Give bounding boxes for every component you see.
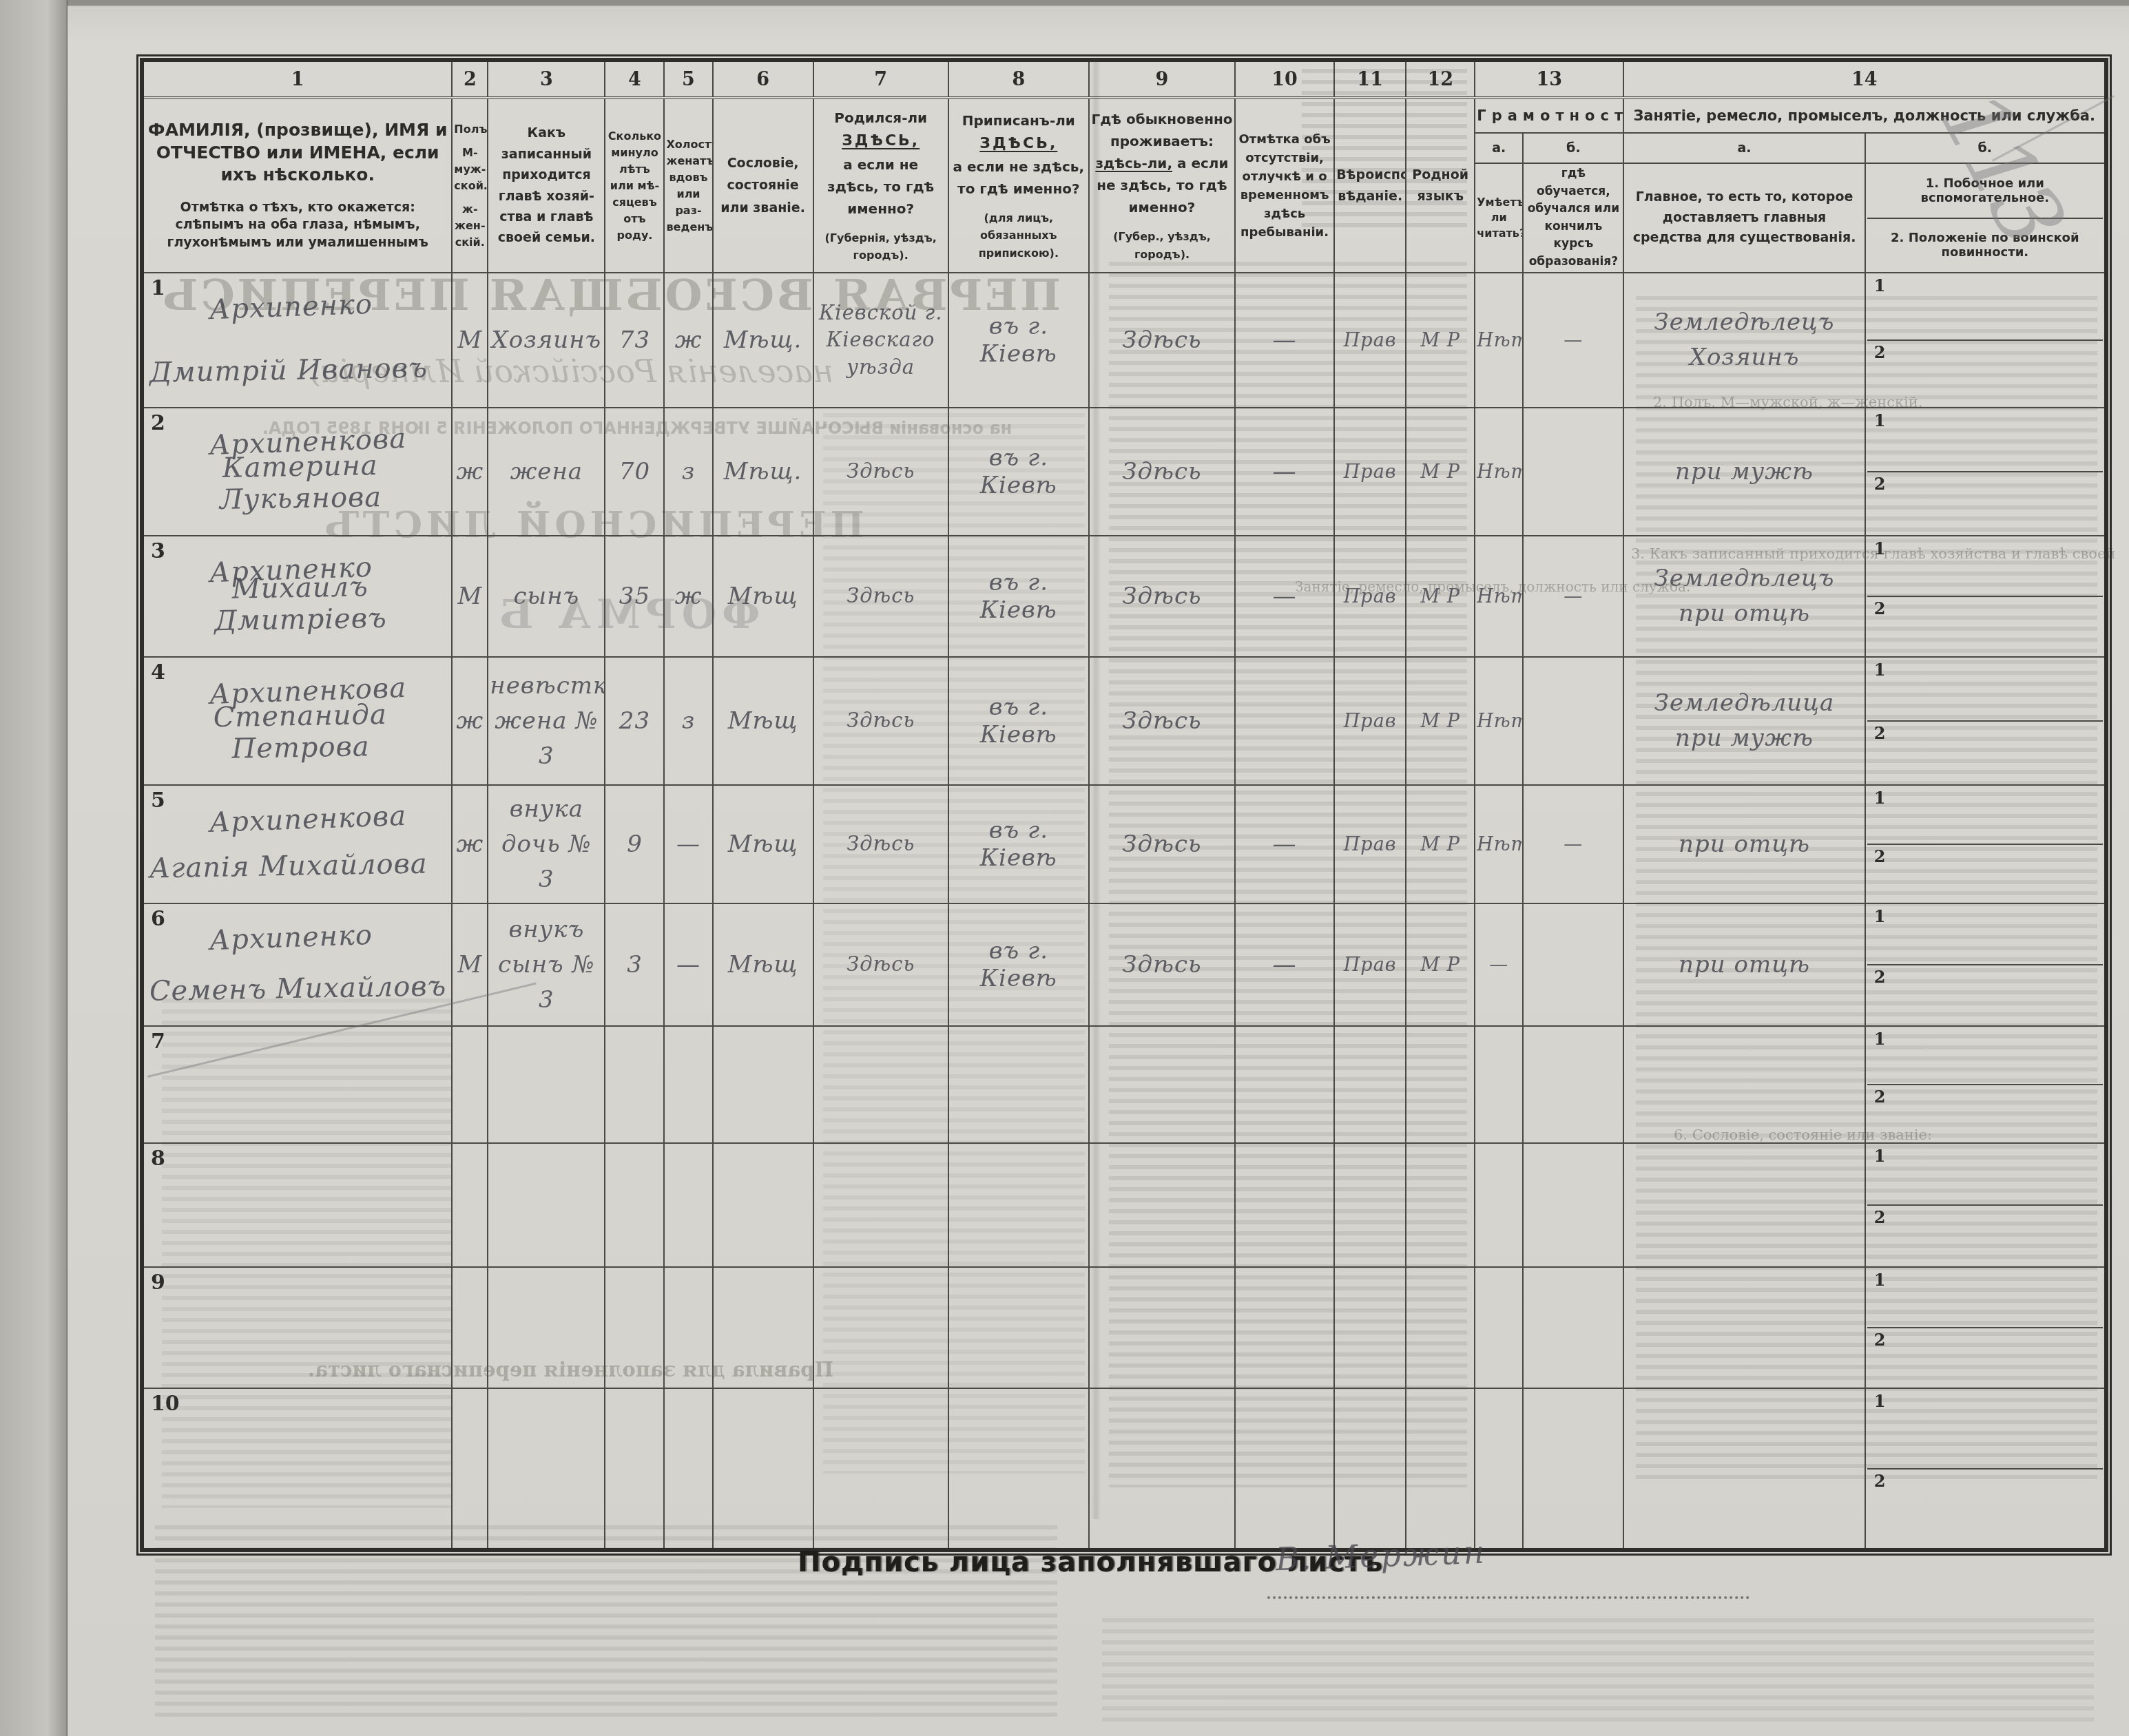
cell-sex <box>452 1267 488 1388</box>
cell-relation <box>488 1143 605 1267</box>
cell-name: 8 <box>142 1143 452 1267</box>
cell-residence: Здѣсь <box>1089 657 1235 785</box>
cell-literacy-b: — <box>1523 785 1623 903</box>
col-num-3: 3 <box>488 60 605 98</box>
handwritten-given-name: Катерина Лукьянова <box>149 448 452 517</box>
cell-occupation-secondary: 1 2 <box>1865 903 2106 1026</box>
sub-label-1: 1 <box>1874 1029 1886 1049</box>
cell-birthplace: Здѣсь <box>813 536 948 657</box>
sub-label-1: 1 <box>1874 906 1886 926</box>
relation-line-1: невѣстка <box>490 669 603 704</box>
cell-religion: Прав <box>1334 785 1406 903</box>
cell-literacy-b <box>1523 1267 1623 1388</box>
row-number: 6 <box>151 907 165 931</box>
cell-residence <box>1089 1026 1235 1143</box>
cell-occupation: Земледѣлицапри мужѣ <box>1623 657 1865 785</box>
cell-occupation <box>1623 1143 1865 1267</box>
sub-label-2: 2 <box>1874 723 1886 743</box>
cell-literacy-b <box>1523 1143 1623 1267</box>
cell-language: М Р <box>1406 273 1475 408</box>
header-registration-column: Приписанъ-ли ЗДѢСЬ, а если не здѣсь, то … <box>948 98 1089 273</box>
cell-relation <box>488 1388 605 1550</box>
cell-registration <box>948 1143 1089 1267</box>
cell-relation: Хозяинъ <box>488 273 605 408</box>
cell-relation: внукадочь № 3 <box>488 785 605 903</box>
cell-sex <box>452 1143 488 1267</box>
cell-relation <box>488 1026 605 1143</box>
cell-literacy-a: Нѣтъ <box>1475 408 1523 536</box>
cell-literacy-a: Нѣтъ <box>1475 536 1523 657</box>
cell-birthplace <box>813 1026 948 1143</box>
cell-relation <box>488 1267 605 1388</box>
cell-occupation-secondary: 1 2 <box>1865 536 2106 657</box>
cell-absence <box>1235 1388 1334 1550</box>
header-literacy-a-desc: Умѣетъ-ли читать? <box>1475 163 1523 273</box>
cell-literacy-b: — <box>1523 273 1623 408</box>
cell-age: 35 <box>605 536 664 657</box>
header-born-here: ЗДѢСЬ, <box>842 132 920 149</box>
page-left-edge <box>0 0 67 1736</box>
cell-sex: М <box>452 536 488 657</box>
table-header: 1 2 3 4 5 6 7 8 9 10 11 12 13 14 ФАМИЛІЯ… <box>142 60 2106 273</box>
cell-marital <box>664 1267 712 1388</box>
cell-relation: невѣсткажена № 3 <box>488 657 605 785</box>
cell-age <box>605 1388 664 1550</box>
cell-literacy-a <box>1475 1388 1523 1550</box>
col-num-6: 6 <box>713 60 813 98</box>
cell-marital: з <box>664 657 712 785</box>
birth-line-1: Здѣсь <box>816 830 946 857</box>
cell-literacy-a <box>1475 1026 1523 1143</box>
cell-name: 3 Архипенко Михаилъ Дмитріевъ <box>142 536 452 657</box>
row-number: 9 <box>151 1270 165 1295</box>
cell-occupation-secondary: 1 2 <box>1865 785 2106 903</box>
cell-residence: Здѣсь <box>1089 536 1235 657</box>
cell-absence: — <box>1235 273 1334 408</box>
cell-estate <box>713 1026 813 1143</box>
census-table: 1 2 3 4 5 6 7 8 9 10 11 12 13 14 ФАМИЛІЯ… <box>140 58 2108 1552</box>
cell-relation: внукъсынъ № 3 <box>488 903 605 1026</box>
cell-absence: — <box>1235 903 1334 1026</box>
cell-absence: — <box>1235 536 1334 657</box>
cell-marital: ж <box>664 273 712 408</box>
sub-label-2: 2 <box>1874 1330 1886 1350</box>
header-estate-column: Сословіе, со­стояніе или зва­ніе. <box>713 98 813 273</box>
sub-label-2: 2 <box>1874 342 1886 362</box>
cell-estate: Мѣщ. <box>713 273 813 408</box>
cell-age <box>605 1026 664 1143</box>
sub-label-2: 2 <box>1874 967 1886 987</box>
birth-line-1: Здѣсь <box>816 707 946 734</box>
table-row: 1 Архипенко Дмитрій Ивановъ М Хозяинъ 73… <box>142 273 2106 408</box>
occupation-line-1: Земледѣлецъ <box>1626 305 1862 340</box>
cell-birthplace <box>813 1143 948 1267</box>
cell-absence: — <box>1235 408 1334 536</box>
cell-religion: Прав <box>1334 536 1406 657</box>
cell-occupation: при отцѣ <box>1623 903 1865 1026</box>
header-age-column: Сколько минуло лѣтъ или мѣ­сяцевъ отъ ро… <box>605 98 664 273</box>
header-sex-male: М-муж-ской. <box>454 145 486 194</box>
sub-label-1: 1 <box>1874 1146 1886 1166</box>
relation-line-2: сынъ № 3 <box>490 948 603 1018</box>
row-number: 5 <box>151 788 165 813</box>
cell-occupation: при мужѣ <box>1623 408 1865 536</box>
header-sex-column: Полъ. М-муж-ской. ж-жен-скій. <box>452 98 488 273</box>
header-name-column: ФАМИЛІЯ, (прозвище), ИМЯ и ОТЧЕСТВО или … <box>142 98 452 273</box>
col-num-7: 7 <box>813 60 948 98</box>
table-row: 2 Архипенкова Катерина Лукьянова ж жена … <box>142 408 2106 536</box>
cell-literacy-b <box>1523 1026 1623 1143</box>
cell-occupation <box>1623 1388 1865 1550</box>
header-born-rest: а если не здѣсь, то гдѣ именно? <box>816 154 946 220</box>
cell-residence <box>1089 1143 1235 1267</box>
relation-line-1: внука <box>490 792 603 827</box>
cell-name: 2 Архипенкова Катерина Лукьянова <box>142 408 452 536</box>
cell-language <box>1406 1143 1475 1267</box>
cell-name: 1 Архипенко Дмитрій Ивановъ <box>142 273 452 408</box>
relation-line-1: внукъ <box>490 912 603 948</box>
cell-residence: Здѣсь <box>1089 273 1235 408</box>
relation-line-1: жена <box>490 454 603 490</box>
cell-age: 9 <box>605 785 664 903</box>
cell-estate: Мѣщ <box>713 657 813 785</box>
header-sex-title: Полъ. <box>454 121 486 138</box>
cell-name: 5 Архипенкова Агапія Михайлова <box>142 785 452 903</box>
cell-registration: въ г. Кіевѣ <box>948 273 1089 408</box>
occupation-line-1: Земледѣлица <box>1626 686 1862 721</box>
header-literacy-b-desc: гдѣ обучается, обучался или кончилъ курс… <box>1523 163 1623 273</box>
cell-occupation-secondary: 1 2 <box>1865 408 2106 536</box>
header-res-paren: (Губер., уѣздъ, городъ). <box>1091 228 1233 263</box>
cell-age: 70 <box>605 408 664 536</box>
sub-label-1: 1 <box>1874 410 1886 430</box>
sub-label-1: 1 <box>1874 275 1886 295</box>
cell-sex: ж <box>452 408 488 536</box>
birth-line-1: Здѣсь <box>816 583 946 609</box>
col-num-1: 1 <box>142 60 452 98</box>
col-num-12: 12 <box>1406 60 1475 98</box>
cell-sex: ж <box>452 657 488 785</box>
cell-marital: з <box>664 408 712 536</box>
col-num-13: 13 <box>1475 60 1623 98</box>
handwritten-signature: В. Мержин <box>1275 1534 1487 1578</box>
header-born-paren: (Губернія, уѣздъ, городъ). <box>816 229 946 264</box>
cell-registration <box>948 1388 1089 1550</box>
cell-marital <box>664 1388 712 1550</box>
relation-line-1: Хозяинъ <box>490 323 603 358</box>
cell-occupation: при отцѣ <box>1623 785 1865 903</box>
header-reg-paren: (для лицъ, обязанныхъ припискою). <box>951 209 1087 262</box>
cell-language <box>1406 1267 1475 1388</box>
cell-birthplace: Кіевской г.Кіевскагоуѣзда <box>813 273 948 408</box>
census-sheet-scan: { "page": { "pencil_number": "113" }, "l… <box>0 0 2129 1736</box>
cell-religion: Прав <box>1334 903 1406 1026</box>
cell-occupation-secondary: 1 2 <box>1865 657 2106 785</box>
occupation-line-2: при мужѣ <box>1626 721 1862 756</box>
handwritten-surname: Архипенко <box>209 919 373 956</box>
table-row: 3 Архипенко Михаилъ Дмитріевъ М сынъ 35 … <box>142 536 2106 657</box>
table-body: 1 Архипенко Дмитрій Ивановъ М Хозяинъ 73… <box>142 273 2106 1550</box>
sub-label-1: 1 <box>1874 1391 1886 1411</box>
column-number-row: 1 2 3 4 5 6 7 8 9 10 11 12 13 14 <box>142 60 2106 98</box>
sub-label-1: 1 <box>1874 1270 1886 1290</box>
col-num-4: 4 <box>605 60 664 98</box>
cell-relation: сынъ <box>488 536 605 657</box>
cell-sex: ж <box>452 785 488 903</box>
header-absence-column: Отмѣтка объ отсутствіи, отлучкѣ и о врем… <box>1235 98 1334 273</box>
col-num-9: 9 <box>1089 60 1235 98</box>
occupation-line-1: при отцѣ <box>1626 948 1862 983</box>
occupation-line-1: при мужѣ <box>1626 454 1862 490</box>
header-relation-column: Какъ записанный при­ходится главѣ хозяй­… <box>488 98 605 273</box>
cell-registration: въ г. Кіевѣ <box>948 785 1089 903</box>
cell-sex <box>452 1026 488 1143</box>
cell-name: 9 <box>142 1267 452 1388</box>
cell-birthplace <box>813 1267 948 1388</box>
cell-estate: Мѣщ <box>713 785 813 903</box>
cell-religion <box>1334 1026 1406 1143</box>
handwritten-surname: Архипенкова <box>209 800 407 839</box>
relation-line-2: дочь № 3 <box>490 827 603 897</box>
cell-birthplace: Здѣсь <box>813 408 948 536</box>
cell-estate: Мѣщ <box>713 903 813 1026</box>
cell-name: 6 Архипенко Семенъ Михайловъ <box>142 903 452 1026</box>
header-reg-here: ЗДѢСЬ, <box>979 135 1057 152</box>
cell-religion: Прав <box>1334 408 1406 536</box>
cell-name: 7 <box>142 1026 452 1143</box>
cell-name: 10 <box>142 1388 452 1550</box>
cell-sex: М <box>452 903 488 1026</box>
cell-religion: Прав <box>1334 657 1406 785</box>
cell-literacy-b <box>1523 1388 1623 1550</box>
cell-absence <box>1235 1026 1334 1143</box>
cell-age: 23 <box>605 657 664 785</box>
occupation-line-1: Земледѣлецъ <box>1626 561 1862 596</box>
header-res-pre: Гдѣ обыкновенно проживаетъ: <box>1091 108 1233 152</box>
cell-name: 4 Архипенкова Степанида Петрова <box>142 657 452 785</box>
table-row: 4 Архипенкова Степанида Петрова ж невѣст… <box>142 657 2106 785</box>
cell-birthplace: Здѣсь <box>813 903 948 1026</box>
cell-birthplace: Здѣсь <box>813 785 948 903</box>
header-occupation-a-desc: Главное, то есть то, которое доставляетъ… <box>1623 163 1865 273</box>
sub-label-1: 1 <box>1874 660 1886 680</box>
signature-dotted-line <box>1267 1596 1749 1599</box>
cell-estate <box>713 1267 813 1388</box>
row-number: 10 <box>151 1392 180 1416</box>
header-birthplace-column: Родился-ли ЗДѢСЬ, а если не здѣсь, то гд… <box>813 98 948 273</box>
cell-religion: Прав <box>1334 273 1406 408</box>
header-religion-column: Вѣроиспо­вѣданіе. <box>1334 98 1406 273</box>
header-name-note: Отмѣтка о тѣхъ, кто окажется: слѣпымъ на… <box>145 199 450 252</box>
cell-age: 73 <box>605 273 664 408</box>
col-num-11: 11 <box>1334 60 1406 98</box>
sub-label-1: 1 <box>1874 788 1886 808</box>
cell-absence <box>1235 1267 1334 1388</box>
header-literacy-a-letter: а. <box>1475 133 1523 163</box>
cell-religion <box>1334 1143 1406 1267</box>
cell-relation: жена <box>488 408 605 536</box>
header-literacy-title: Грамотность. <box>1475 98 1623 133</box>
cell-language: М Р <box>1406 785 1475 903</box>
sub-label-2: 2 <box>1874 1207 1886 1227</box>
cell-occupation-secondary: 1 2 <box>1865 1388 2106 1550</box>
cell-residence <box>1089 1388 1235 1550</box>
cell-absence: — <box>1235 785 1334 903</box>
cell-age: 3 <box>605 903 664 1026</box>
table-row: 7 1 2 <box>142 1026 2106 1143</box>
cell-literacy-b <box>1523 657 1623 785</box>
header-marital-column: Холостъ, женатъ, вдовъ или раз­веденъ. <box>664 98 712 273</box>
table-row: 10 1 2 <box>142 1388 2106 1550</box>
cell-religion <box>1334 1267 1406 1388</box>
cell-religion <box>1334 1388 1406 1550</box>
col-num-2: 2 <box>452 60 488 98</box>
cell-residence: Здѣсь <box>1089 903 1235 1026</box>
table-row: 9 1 2 <box>142 1267 2106 1388</box>
cell-occupation <box>1623 1267 1865 1388</box>
header-literacy-b-letter: б. <box>1523 133 1623 163</box>
handwritten-given-name: Семенъ Михайловъ <box>149 970 447 1007</box>
cell-registration <box>948 1026 1089 1143</box>
cell-birthplace: Здѣсь <box>813 657 948 785</box>
cell-marital: — <box>664 903 712 1026</box>
sub-label-1: 1 <box>1874 538 1886 558</box>
header-reg-pre: Приписанъ-ли <box>962 112 1075 129</box>
cell-literacy-a <box>1475 1143 1523 1267</box>
handwritten-given-name: Агапія Михайлова <box>149 848 428 884</box>
header-sex-female: ж-жен-скій. <box>454 201 486 251</box>
row-number: 1 <box>151 276 165 300</box>
header-reg-rest: а если не здѣсь, то гдѣ именно? <box>951 156 1087 200</box>
cell-sex: М <box>452 273 488 408</box>
column-header-row: ФАМИЛІЯ, (прозвище), ИМЯ и ОТЧЕСТВО или … <box>142 98 2106 133</box>
cell-language <box>1406 1026 1475 1143</box>
col-num-8: 8 <box>948 60 1089 98</box>
table-row: 8 1 2 <box>142 1143 2106 1267</box>
cell-absence <box>1235 1143 1334 1267</box>
cell-marital: — <box>664 785 712 903</box>
cell-marital <box>664 1143 712 1267</box>
cell-literacy-a <box>1475 1267 1523 1388</box>
relation-line-1: сынъ <box>490 579 603 614</box>
header-name-main: ФАМИЛІЯ, (прозвище), ИМЯ и ОТЧЕСТВО или … <box>148 120 448 185</box>
cell-estate <box>713 1388 813 1550</box>
birth-line-1: Здѣсь <box>816 951 946 978</box>
handwritten-given-name: Михаилъ Дмитріевъ <box>149 569 452 638</box>
occupation-line-1: при отцѣ <box>1626 827 1862 862</box>
cell-registration: въ г. Кіевѣ <box>948 536 1089 657</box>
cell-registration <box>948 1267 1089 1388</box>
row-number: 7 <box>151 1029 165 1054</box>
birth-line-3: уѣзда <box>816 354 946 381</box>
cell-age <box>605 1143 664 1267</box>
cell-occupation-secondary: 1 2 <box>1865 1267 2106 1388</box>
cell-occupation-secondary: 1 2 <box>1865 1143 2106 1267</box>
header-residence-column: Гдѣ обыкновенно проживаетъ: здѣсь-ли, а … <box>1089 98 1235 273</box>
birth-line-1: Кіевской г. <box>816 300 946 326</box>
cell-language <box>1406 1388 1475 1550</box>
cell-occupation: Земледѣлецъпри отцѣ <box>1623 536 1865 657</box>
cell-marital: ж <box>664 536 712 657</box>
cell-estate: Мѣщ <box>713 536 813 657</box>
cell-birthplace <box>813 1388 948 1550</box>
header-res-here: здѣсь-ли, <box>1095 155 1172 171</box>
handwritten-given-name: Дмитрій Ивановъ <box>149 352 428 388</box>
cell-absence <box>1235 657 1334 785</box>
cell-marital <box>664 1026 712 1143</box>
cell-language: М Р <box>1406 903 1475 1026</box>
cell-language: М Р <box>1406 536 1475 657</box>
cell-occupation <box>1623 1026 1865 1143</box>
cell-literacy-a: Нѣтъ <box>1475 785 1523 903</box>
cell-literacy-a: Нѣтъ <box>1475 657 1523 785</box>
cell-occupation-secondary: 1 2 <box>1865 1026 2106 1143</box>
cell-estate <box>713 1143 813 1267</box>
handwritten-surname: Архипенко <box>209 289 373 326</box>
header-occupation-a-letter: а. <box>1623 133 1865 163</box>
cell-residence: Здѣсь <box>1089 408 1235 536</box>
cell-literacy-b: — <box>1523 536 1623 657</box>
cell-registration: въ г. Кіевѣ <box>948 657 1089 785</box>
cell-registration: въ г. Кіевѣ <box>948 408 1089 536</box>
sub-label-2: 2 <box>1874 1471 1886 1491</box>
col-num-14: 14 <box>1623 60 2106 98</box>
cell-residence <box>1089 1267 1235 1388</box>
cell-registration: въ г. Кіевѣ <box>948 903 1089 1026</box>
sub-label-2: 2 <box>1874 598 1886 618</box>
sub-label-2: 2 <box>1874 846 1886 866</box>
row-number: 4 <box>151 660 165 684</box>
row-number: 2 <box>151 411 165 435</box>
cell-occupation-secondary: 1 2 <box>1865 273 2106 408</box>
cell-literacy-b <box>1523 408 1623 536</box>
row-number: 8 <box>151 1147 165 1171</box>
cell-sex <box>452 1388 488 1550</box>
table-row: 5 Архипенкова Агапія Михайлова ж внукадо… <box>142 785 2106 903</box>
occupation-line-2: Хозяинъ <box>1626 340 1862 375</box>
sub-label-2: 2 <box>1874 1087 1886 1107</box>
header-born-pre: Родился-ли <box>834 109 927 126</box>
sub-label-2: 2 <box>1874 474 1886 494</box>
cell-residence: Здѣсь <box>1089 785 1235 903</box>
cell-literacy-b <box>1523 903 1623 1026</box>
row-number: 3 <box>151 539 165 563</box>
header-language-column: Родной языкъ <box>1406 98 1475 273</box>
birth-line-1: Здѣсь <box>816 458 946 485</box>
birth-line-2: Кіевскаго <box>816 326 946 353</box>
cell-literacy-a: — <box>1475 903 1523 1026</box>
cell-age <box>605 1267 664 1388</box>
handwritten-given-name: Степанида Петрова <box>149 698 452 766</box>
cell-occupation: ЗемледѣлецъХозяинъ <box>1623 273 1865 408</box>
cell-estate: Мѣщ. <box>713 408 813 536</box>
cell-language: М Р <box>1406 657 1475 785</box>
occupation-line-2: при отцѣ <box>1626 596 1862 631</box>
col-num-10: 10 <box>1235 60 1334 98</box>
cell-language: М Р <box>1406 408 1475 536</box>
col-num-5: 5 <box>664 60 712 98</box>
cell-literacy-a: Нѣтъ <box>1475 273 1523 408</box>
relation-line-2: жена № 3 <box>490 704 603 774</box>
